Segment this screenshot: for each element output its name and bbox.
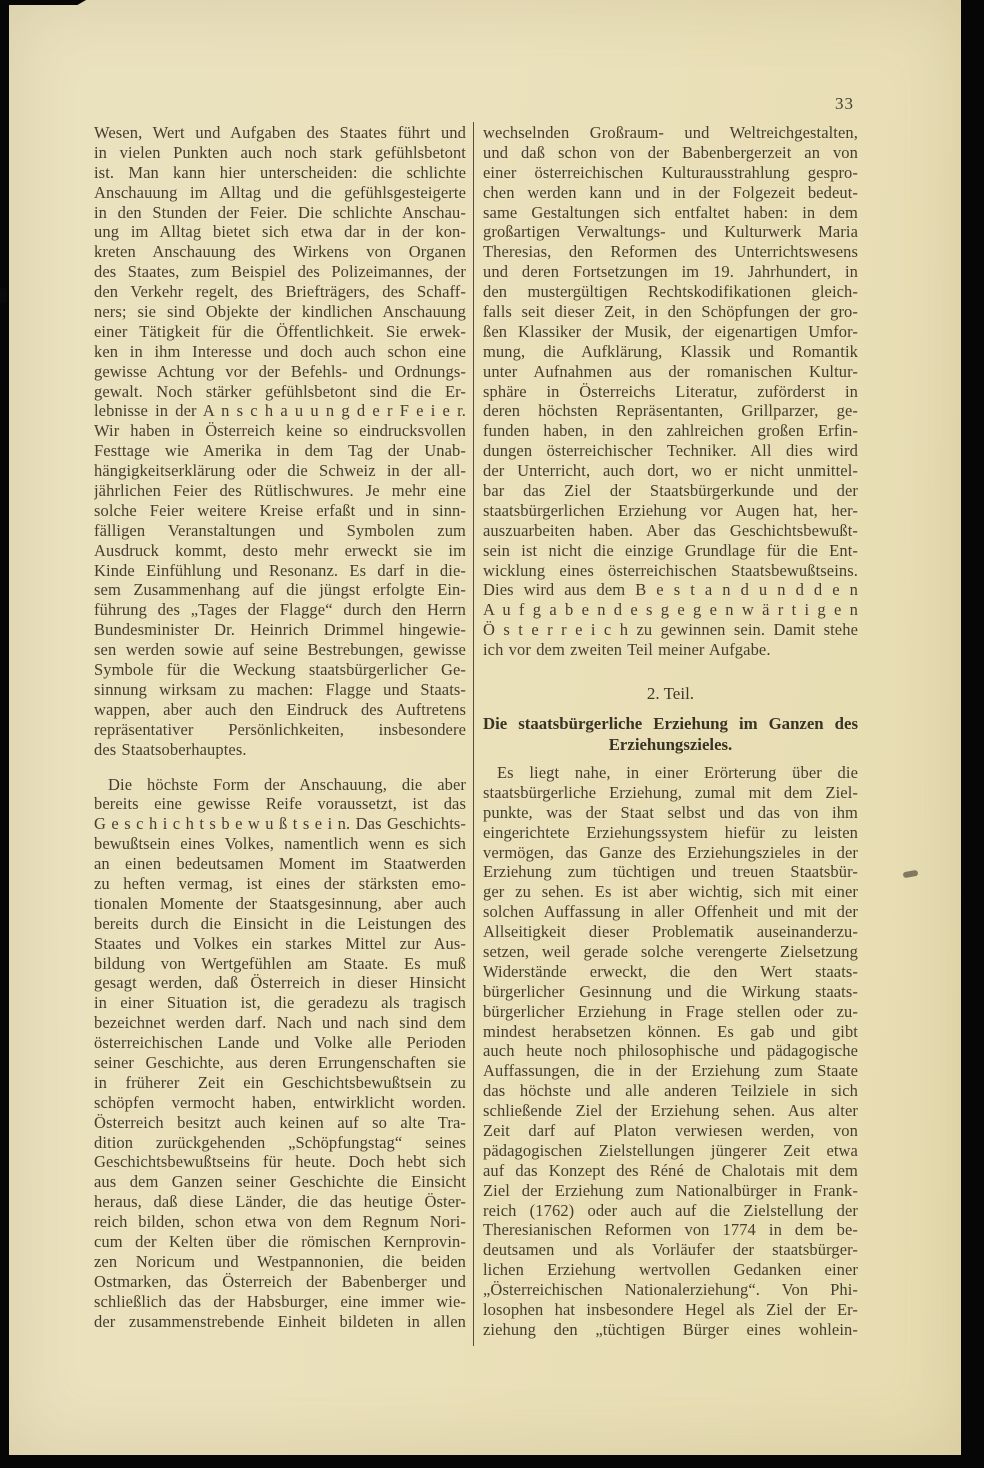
- text-line: großartigen Verwaltungs- und Kulturwerk …: [483, 222, 858, 242]
- text-line: ung im Alltag bietet sich etwa dar in de…: [94, 222, 466, 242]
- text-line: zu heften vermag, ist eines der stärkste…: [94, 874, 466, 894]
- column-right: wechselnden Großraum- und Weltreichgesta…: [483, 123, 858, 1340]
- paragraph: Wesen, Wert und Aufgaben des Staates füh…: [94, 123, 466, 760]
- text-line: bezeichnet werden darf. Nach und nach si…: [94, 1013, 466, 1033]
- text-line: Ostmarken, das Österreich der Babenberge…: [94, 1272, 466, 1292]
- text-line: dition zurückgehenden „Schöpfungstag“ se…: [94, 1133, 466, 1153]
- text-line: der zusammenstrebende Einheit bildeten i…: [94, 1312, 466, 1332]
- text-line: falls seit dieser Zeit, in den Schöpfung…: [483, 302, 858, 322]
- text-line: bürgerlicher Gesinnung und die Wirkung s…: [483, 982, 858, 1002]
- paragraph: Die höchste Form der Anschauung, die abe…: [94, 775, 466, 1332]
- text-line: mung, die Aufklärung, Klassik und Romant…: [483, 342, 858, 362]
- paper: 33 Wesen, Wert und Aufgaben des Staates …: [9, 0, 961, 1455]
- text-line: gewalt. Noch stärker gefühlsbetont sind …: [94, 382, 466, 402]
- text-line: „Österreichischen Nationalerziehung“. Vo…: [483, 1280, 858, 1300]
- text-line: Bundesminister Dr. Heinrich Drimmel hing…: [94, 620, 466, 640]
- edge-notch: [0, 288, 7, 303]
- text-line: sein ist nicht die einzige Grundlage für…: [483, 541, 858, 561]
- text-line: bürgerlicher Erziehung in Frage stellen …: [483, 1002, 858, 1022]
- text-line: auch heute noch philosophische und pädag…: [483, 1041, 858, 1061]
- text-line: lebnisse in der A n s c h a u u n g d e …: [94, 401, 466, 421]
- text-line: Staates und Volkes ein starkes Mittel zu…: [94, 934, 466, 954]
- text-line: deren höchsten Repräsentanten, Grillparz…: [483, 401, 858, 421]
- text-line: solchen Auffassung in aller Offenheit un…: [483, 902, 858, 922]
- chapter-heading-line: Die staatsbürgerliche Erziehung im Ganze…: [483, 713, 858, 735]
- text-line: cum der Kelten über die römischen Kernpr…: [94, 1232, 466, 1252]
- text-line: auszuarbeiten haben. Aber das Geschichts…: [483, 521, 858, 541]
- chapter-heading: Die staatsbürgerliche Erziehung im Ganze…: [483, 713, 858, 756]
- text-line: punkte, was der Staat selbst und das von…: [483, 803, 858, 823]
- text-line: tionalen Momente der Staatsgesinnung, ab…: [94, 894, 466, 914]
- text-line: österreichischen Lande und Volke alle Pe…: [94, 1033, 466, 1053]
- text-line: reich (1762) oder auch auf die Zielstell…: [483, 1201, 858, 1221]
- text-line: jährlichen Feier des Rütlischwures. Je m…: [94, 481, 466, 501]
- text-line: Anschauung im Alltag und die gefühlsgest…: [94, 183, 466, 203]
- text-line: repräsentativer Persönlichkeiten, insbes…: [94, 720, 466, 740]
- text-line: Ausdruck kommt, desto mehr erweckt sie i…: [94, 541, 466, 561]
- text-line: deutsamen und als Vorläufer der staatsbü…: [483, 1240, 858, 1260]
- scan-border-top: [0, 0, 86, 5]
- text-line: den Verkehr regelt, des Briefträgers, de…: [94, 282, 466, 302]
- text-line: staatsbürgerlichen Erziehung vor Augen h…: [483, 501, 858, 521]
- text-line: Symbole für die Weckung staatsbürgerlich…: [94, 660, 466, 680]
- text-line: Wir haben in Österreich keine so eindruc…: [94, 421, 466, 441]
- text-line: gesagt werden, daß Österreich in dieser …: [94, 973, 466, 993]
- text-line: an einen bedeutsamen Moment im Staatwerd…: [94, 854, 466, 874]
- text-line: Auffassungen, die in der Erziehung zum S…: [483, 1061, 858, 1081]
- text-line: und daß schon von der Babenbergerzeit an…: [483, 143, 858, 163]
- text-line: wechselnden Großraum- und Weltreichgesta…: [483, 123, 858, 143]
- text-line: same Gestaltungen sich entfaltet haben: …: [483, 203, 858, 223]
- text-line: aus dem Ganzen seiner Geschichte die Ein…: [94, 1172, 466, 1192]
- text-line: Festtage wie Amerika in dem Tag der Unab…: [94, 441, 466, 461]
- text-line: mindest herabsetzen können. Es gab und g…: [483, 1022, 858, 1042]
- text-line: ger zu sehen. Es ist aber wichtig, sich …: [483, 882, 858, 902]
- page-scan: { "page_number": "33", "colors": { "pape…: [0, 0, 984, 1468]
- text-line: ners; sie sind Objekte der kindlichen An…: [94, 302, 466, 322]
- text-line: schöpfen vermocht haben, entwirklicht wo…: [94, 1093, 466, 1113]
- text-line: dungen österreichischer Techniker. All d…: [483, 441, 858, 461]
- text-line: schließlich das der Habsburger, eine imm…: [94, 1292, 466, 1312]
- text-line: wicklung eines österreichischen Staatsbe…: [483, 561, 858, 581]
- text-line: ken in ihm Interesse und doch auch schon…: [94, 342, 466, 362]
- text-line: bildung von Wertgefühlen am Staate. Es m…: [94, 954, 466, 974]
- text-line: lichen Erziehung wertvollen Gedanken ein…: [483, 1260, 858, 1280]
- text-line: bar das Ziel der Staatsbürgerkunde und d…: [483, 481, 858, 501]
- text-line: Zeit darf auf Platon verwiesen werden, v…: [483, 1121, 858, 1141]
- text-line: sem Zusammenhang auf die jüngst erfolgte…: [94, 580, 466, 600]
- text-line: schließende Ziel der Erziehung sehen. Au…: [483, 1101, 858, 1121]
- text-line: hängigkeitserklärung oder die Schweiz in…: [94, 461, 466, 481]
- text-line: sinnung wirksam zu machen: Flagge und St…: [94, 680, 466, 700]
- text-line: zen Noricum und Westpannonien, die beide…: [94, 1252, 466, 1272]
- text-line: einer Tätigkeit für die Öffentlichkeit. …: [94, 322, 466, 342]
- text-line: Theresias, den Reformen des Unterrichtsw…: [483, 242, 858, 262]
- text-line: ßen Klassiker der Musik, der eigenartige…: [483, 322, 858, 342]
- text-line: in vielen Punkten auch noch stark gefühl…: [94, 143, 466, 163]
- ink-smudge: [903, 870, 919, 879]
- section-heading: 2. Teil.: [483, 684, 858, 704]
- page-number: 33: [483, 94, 854, 114]
- text-line: Allseitigkeit dieser Problematik auseina…: [483, 922, 858, 942]
- text-line: gewisse Achtung vor der Befehls- und Ord…: [94, 362, 466, 382]
- text-line: A u f g a b e n d e s g e g e n w ä r t …: [483, 600, 858, 620]
- text-line: Ö s t e r r e i c h zu gewinnen sein. Da…: [483, 620, 858, 640]
- text-line: kreten Anschauung des Wirkens von Organe…: [94, 242, 466, 262]
- text-line: Widerstände erweckt, die den Wert staats…: [483, 962, 858, 982]
- text-line: in einer Situation ist, die geradezu als…: [94, 993, 466, 1013]
- text-line: einer österreichischen Kulturausstrahlun…: [483, 163, 858, 183]
- text-line: Österreich besitzt auch keinen auf so al…: [94, 1113, 466, 1133]
- text-line: in früherer Zeit ein Geschichtsbewußtsei…: [94, 1073, 466, 1093]
- text-line: unter Aufnahmen aus der romanischen Kult…: [483, 362, 858, 382]
- text-line: sen werden sowie auf seine Bestrebungen,…: [94, 640, 466, 660]
- text-line: das höchste und alle anderen Teilziele i…: [483, 1081, 858, 1101]
- text-line: pädagogischen Zielstellungen jüngerer Ze…: [483, 1141, 858, 1161]
- text-line: reich bilden, schon etwa von dem Regnum …: [94, 1212, 466, 1232]
- text-line: eingerichtete Erziehungssystem hiefür zu…: [483, 823, 858, 843]
- text-line: G e s c h i c h t s b e w u ß t s e i n.…: [94, 814, 466, 834]
- text-line: vermögen, das Ganze des Erziehungszieles…: [483, 843, 858, 863]
- column-left: Wesen, Wert und Aufgaben des Staates füh…: [94, 123, 466, 1331]
- text-line: des Staates, zum Beispiel des Polizeiman…: [94, 262, 466, 282]
- text-line: seiner Geschichte, aus deren Errungensch…: [94, 1053, 466, 1073]
- text-line: Kinde Einfühlung und Resonanz. Es darf i…: [94, 561, 466, 581]
- text-line: wappen, aber auch den Eindruck des Auftr…: [94, 700, 466, 720]
- text-line: Theresianischen Reformen von 1774 in dem…: [483, 1220, 858, 1240]
- text-line: solche Feier weitere Kreise erfaßt und i…: [94, 501, 466, 521]
- text-line: der Unterricht, auch dort, wo er nicht u…: [483, 461, 858, 481]
- text-line: fälligen Veranstaltungen und Symbolen zu…: [94, 521, 466, 541]
- text-line: Ziel der Erziehung zum Nationalbürger in…: [483, 1181, 858, 1201]
- text-line: ist. Man kann hier unterscheiden: die sc…: [94, 163, 466, 183]
- text-line: losophen hat insbesondere Hegel als Ziel…: [483, 1300, 858, 1320]
- text-line: Erziehung zum tüchtigen und treuen Staat…: [483, 862, 858, 882]
- text-line: staatsbürgerliche Erziehung, zumal mit d…: [483, 783, 858, 803]
- text-line: Geschichtsbewußtseins für heute. Doch he…: [94, 1152, 466, 1172]
- text-line: bereits eine gewisse Reife voraussetzt, …: [94, 794, 466, 814]
- text-line: bewußtsein eines Volkes, namentlich wenn…: [94, 834, 466, 854]
- text-line: Es liegt nahe, in einer Erörterung über …: [483, 763, 858, 783]
- chapter-heading-line: Erziehungszieles.: [483, 734, 858, 756]
- text-line: in den Stunden der Feier. Die schlichte …: [94, 203, 466, 223]
- text-line: ziehung den „tüchtigen Bürger eines wohl…: [483, 1320, 858, 1340]
- paragraph: wechselnden Großraum- und Weltreichgesta…: [483, 123, 858, 660]
- text-line: und deren Fortsetzungen im 19. Jahrhunde…: [483, 262, 858, 282]
- paragraph: Es liegt nahe, in einer Erörterung über …: [483, 763, 858, 1340]
- text-line: bereits durch die Einsicht in die Leistu…: [94, 914, 466, 934]
- text-line: führung des „Tages der Flagge“ durch den…: [94, 600, 466, 620]
- text-line: setzen, weil gerade solche verengerte Zi…: [483, 942, 858, 962]
- text-line: Wesen, Wert und Aufgaben des Staates füh…: [94, 123, 466, 143]
- text-line: heraus, daß diese Länder, die das heutig…: [94, 1192, 466, 1212]
- text-line: den mustergültigen Rechtskodifikationen …: [483, 282, 858, 302]
- text-line: Die höchste Form der Anschauung, die abe…: [94, 775, 466, 795]
- text-line: des Staatsoberhauptes.: [94, 740, 466, 760]
- column-divider: [473, 122, 474, 1346]
- text-line: funden haben, in den zahlreichen großen …: [483, 421, 858, 441]
- text-line: sphäre in Österreichs Literatur, zuförde…: [483, 382, 858, 402]
- text-line: auf das Konzept des Réné de Chalotais mi…: [483, 1161, 858, 1181]
- text-line: chen werden kann und in der Folgezeit be…: [483, 183, 858, 203]
- text-line: ich vor dem zweiten Teil meiner Aufgabe.: [483, 640, 858, 660]
- text-line: Dies wird aus dem B e s t a n d u n d d …: [483, 580, 858, 600]
